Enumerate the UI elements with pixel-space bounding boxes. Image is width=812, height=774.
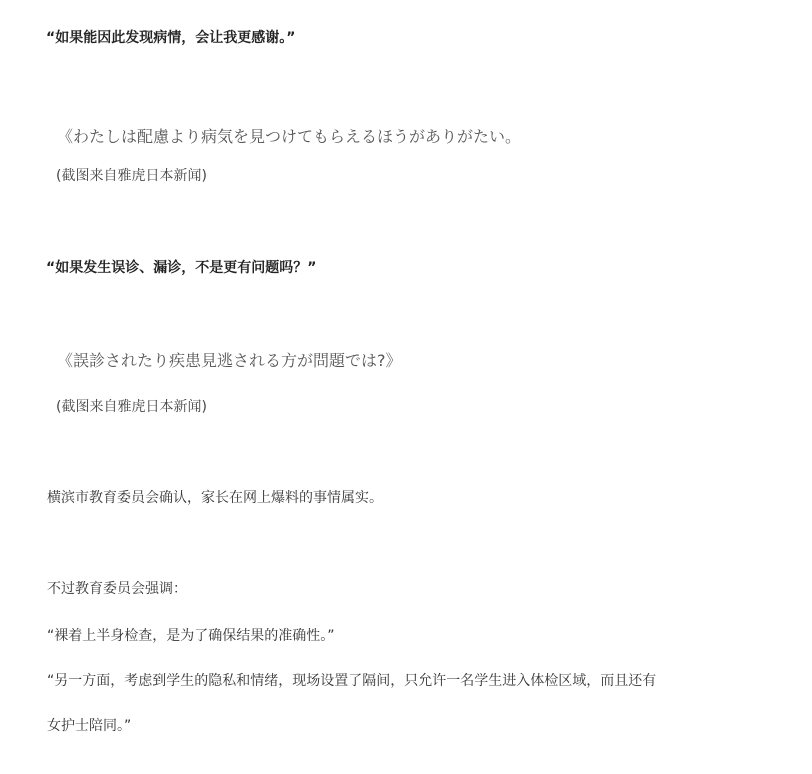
image-caption-2: (截图来自雅虎日本新闻)	[56, 397, 207, 417]
quote-statement-2-line-1: “另一方面，考虑到学生的隐私和情绪，现场设置了隔间，只允许一名学生进入体检区域，…	[47, 671, 656, 691]
quote-statement-2-line-2: 女护士陪同。”	[47, 716, 131, 736]
image-caption-1: (截图来自雅虎日本新闻)	[56, 166, 207, 186]
paragraph-emphasis-intro: 不过教育委员会强调：	[47, 579, 187, 599]
paragraph-confirmation: 横滨市教育委员会确认，家长在网上爆料的事情属实。	[47, 488, 383, 508]
quote-heading-2: “如果发生误诊、漏诊，不是更有问题吗？”	[46, 258, 316, 278]
japanese-quote-1: 《わたしは配慮より病気を見つけてもらえるほうがありがたい。	[57, 126, 521, 148]
quote-heading-1: “如果能因此发现病情，会让我更感谢。”	[46, 28, 295, 48]
japanese-quote-2: 《誤診されたり疾患見逃される方が問題では?》	[57, 350, 402, 372]
quote-statement-1: “裸着上半身检查，是为了确保结果的准确性。”	[47, 626, 335, 646]
